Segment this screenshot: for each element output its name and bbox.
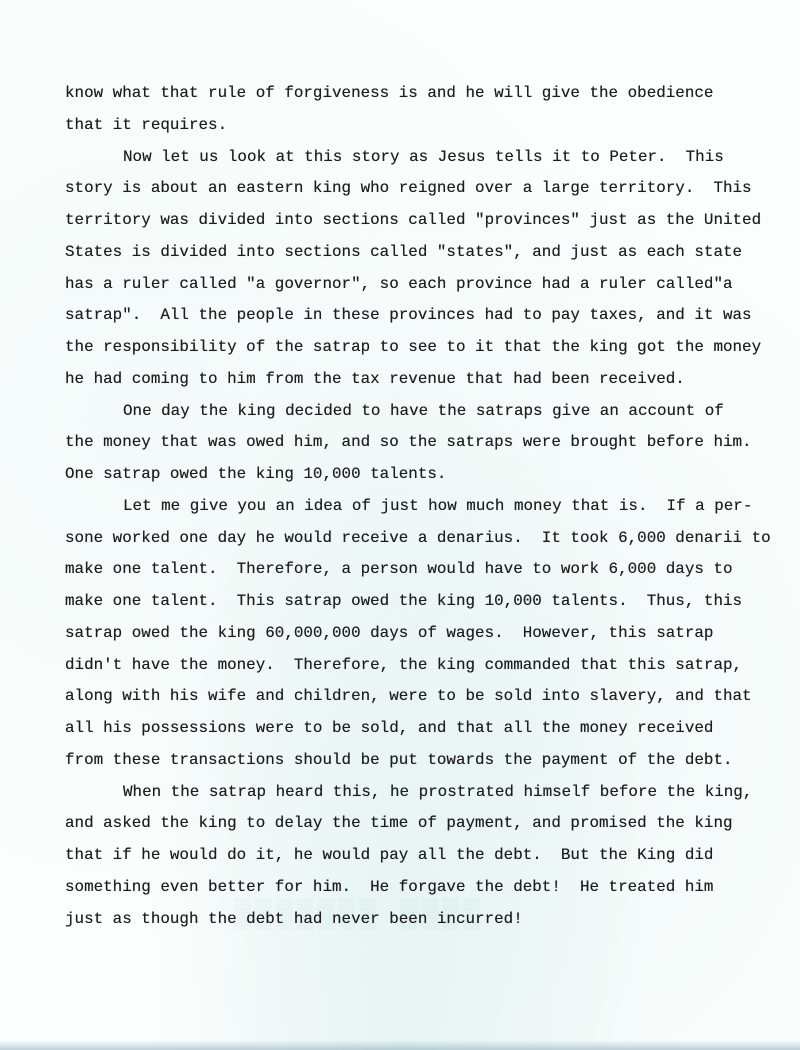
text-line: story is about an eastern king who reign… [65, 173, 771, 205]
text-line: territory was divided into sections call… [65, 205, 771, 237]
text-line: make one talent. This satrap owed the ki… [65, 586, 771, 618]
paragraph-first-line: Now let us look at this story as Jesus t… [65, 142, 771, 174]
text-line: that if he would do it, he would pay all… [65, 840, 771, 872]
text-line: has a ruler called "a governor", so each… [65, 269, 771, 301]
text-line: know what that rule of forgiveness is an… [65, 78, 771, 110]
text-line: the responsibility of the satrap to see … [65, 332, 771, 364]
paragraph-first-line: One day the king decided to have the sat… [65, 396, 771, 428]
paragraph-first-line: Let me give you an idea of just how much… [65, 491, 771, 523]
text-line: One satrap owed the king 10,000 talents. [65, 459, 771, 491]
text-line: just as though the debt had never been i… [65, 904, 771, 936]
text-line: along with his wife and children, were t… [65, 681, 771, 713]
text-line: satrap owed the king 60,000,000 days of … [65, 618, 771, 650]
text-line: sone worked one day he would receive a d… [65, 523, 771, 555]
text-line: something even better for him. He forgav… [65, 872, 771, 904]
text-line: make one talent. Therefore, a person wou… [65, 554, 771, 586]
scan-bottom-edge [0, 1040, 800, 1050]
page-body-text: know what that rule of forgiveness is an… [65, 78, 771, 935]
text-line: didn't have the money. Therefore, the ki… [65, 650, 771, 682]
typewritten-page: ▒▒▒▒ ▒▒▒▒▒▒▒ know what that rule of forg… [0, 0, 800, 1050]
paragraph-first-line: When the satrap heard this, he prostrate… [65, 777, 771, 809]
text-line: the money that was owed him, and so the … [65, 427, 771, 459]
text-line: and asked the king to delay the time of … [65, 808, 771, 840]
text-line: States is divided into sections called "… [65, 237, 771, 269]
text-line: all his possessions were to be sold, and… [65, 713, 771, 745]
text-line: he had coming to him from the tax revenu… [65, 364, 771, 396]
text-line: that it requires. [65, 110, 771, 142]
text-line: satrap". All the people in these provinc… [65, 300, 771, 332]
text-line: from these transactions should be put to… [65, 745, 771, 777]
